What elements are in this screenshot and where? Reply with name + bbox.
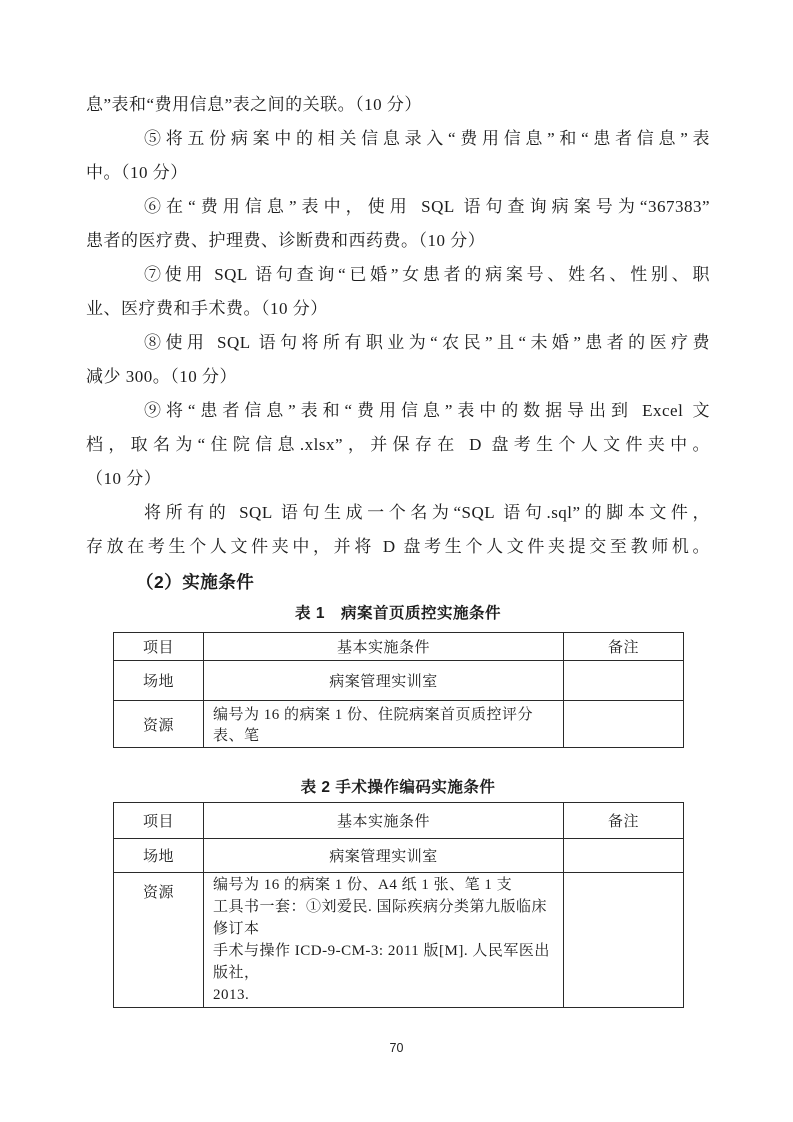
body-text-line: ⑥在“费用信息”表中，使用 SQL 语句查询病案号为“367383” bbox=[86, 190, 710, 224]
table-cell-item: 资源 bbox=[114, 701, 204, 748]
table-cell-item: 场地 bbox=[114, 661, 204, 701]
table1-section: 表 1 病案首页质控实施条件 项目 基本实施条件 备注 场地 病案管理实训室 资… bbox=[113, 604, 683, 748]
table-cell-condition: 病案管理实训室 bbox=[204, 839, 564, 873]
body-text-line: ⑤将五份病案中的相关信息录入“费用信息”和“患者信息”表 bbox=[86, 122, 710, 156]
document-body: 息”表和“费用信息”表之间的关联。（10 分） ⑤将五份病案中的相关信息录入“费… bbox=[86, 88, 710, 600]
table-header-row: 项目 基本实施条件 备注 bbox=[114, 803, 684, 839]
resource-line: 编号为 16 的病案 1 份、A4 纸 1 张、笔 1 支 bbox=[213, 874, 557, 896]
resource-line: 手术与操作 ICD-9-CM-3: 2011 版[M]. 人民军医出版社， bbox=[213, 940, 557, 984]
table1: 项目 基本实施条件 备注 场地 病案管理实训室 资源 编号为 16 的病案 1 … bbox=[113, 632, 684, 748]
table-header-cell-condition: 基本实施条件 bbox=[204, 633, 564, 661]
page-number: 70 bbox=[0, 1041, 793, 1055]
document-page: 息”表和“费用信息”表之间的关联。（10 分） ⑤将五份病案中的相关信息录入“费… bbox=[0, 0, 793, 1122]
table-cell-condition: 编号为 16 的病案 1 份、住院病案首页质控评分表、笔 bbox=[204, 701, 564, 748]
table-cell-note bbox=[564, 701, 684, 748]
resource-line: 工具书一套：①刘爱民. 国际疾病分类第九版临床修订本 bbox=[213, 896, 557, 940]
body-text-line: 减少 300。（10 分） bbox=[86, 360, 710, 394]
table-row: 资源 编号为 16 的病案 1 份、住院病案首页质控评分表、笔 bbox=[114, 701, 684, 748]
table-cell-condition: 编号为 16 的病案 1 份、A4 纸 1 张、笔 1 支 工具书一套：①刘爱民… bbox=[204, 873, 564, 1008]
table-cell-note bbox=[564, 839, 684, 873]
body-text-line: 存放在考生个人文件夹中，并将 D 盘考生个人文件夹提交至教师机。 bbox=[86, 530, 710, 564]
body-text-line: ⑧使用 SQL 语句将所有职业为“农民”且“未婚”患者的医疗费 bbox=[86, 326, 710, 360]
table-row: 场地 病案管理实训室 bbox=[114, 661, 684, 701]
resource-line: 2013. bbox=[213, 984, 557, 1006]
table-cell-condition: 病案管理实训室 bbox=[204, 661, 564, 701]
table-header-cell-item: 项目 bbox=[114, 633, 204, 661]
body-text-line: 业、医疗费和手术费。（10 分） bbox=[86, 292, 710, 326]
body-text-line: ⑨将“患者信息”表和“费用信息”表中的数据导出到 Excel 文 bbox=[86, 394, 710, 428]
table-cell-note bbox=[564, 661, 684, 701]
body-text-line: 将所有的 SQL 语句生成一个名为“SQL 语句.sql”的脚本文件， bbox=[86, 496, 710, 530]
table-header-row: 项目 基本实施条件 备注 bbox=[114, 633, 684, 661]
table-header-cell-condition: 基本实施条件 bbox=[204, 803, 564, 839]
section-heading: （2）实施条件 bbox=[86, 564, 710, 600]
table-cell-item: 场地 bbox=[114, 839, 204, 873]
table-row: 场地 病案管理实训室 bbox=[114, 839, 684, 873]
table-cell-note bbox=[564, 873, 684, 1008]
table-cell-item: 资源 bbox=[114, 873, 204, 1008]
table2: 项目 基本实施条件 备注 场地 病案管理实训室 资源 编号为 16 的病案 1 … bbox=[113, 802, 684, 1008]
table-header-cell-note: 备注 bbox=[564, 803, 684, 839]
table-header-cell-item: 项目 bbox=[114, 803, 204, 839]
body-text-line: ⑦使用 SQL 语句查询“已婚”女患者的病案号、姓名、性别、职 bbox=[86, 258, 710, 292]
table-row: 资源 编号为 16 的病案 1 份、A4 纸 1 张、笔 1 支 工具书一套：①… bbox=[114, 873, 684, 1008]
body-text-line: 患者的医疗费、护理费、诊断费和西药费。（10 分） bbox=[86, 224, 710, 258]
table1-title: 表 1 病案首页质控实施条件 bbox=[113, 604, 683, 624]
table-header-cell-note: 备注 bbox=[564, 633, 684, 661]
body-text-line: 档，取名为“住院信息.xlsx”，并保存在 D 盘考生个人文件夹中。 bbox=[86, 428, 710, 462]
body-text-line: 息”表和“费用信息”表之间的关联。（10 分） bbox=[86, 88, 710, 122]
body-text-line: 中。（10 分） bbox=[86, 156, 710, 190]
table2-section: 表 2 手术操作编码实施条件 项目 基本实施条件 备注 场地 病案管理实训室 资… bbox=[113, 778, 683, 1008]
body-text-line: （10 分） bbox=[86, 462, 710, 496]
table2-title: 表 2 手术操作编码实施条件 bbox=[113, 778, 683, 798]
